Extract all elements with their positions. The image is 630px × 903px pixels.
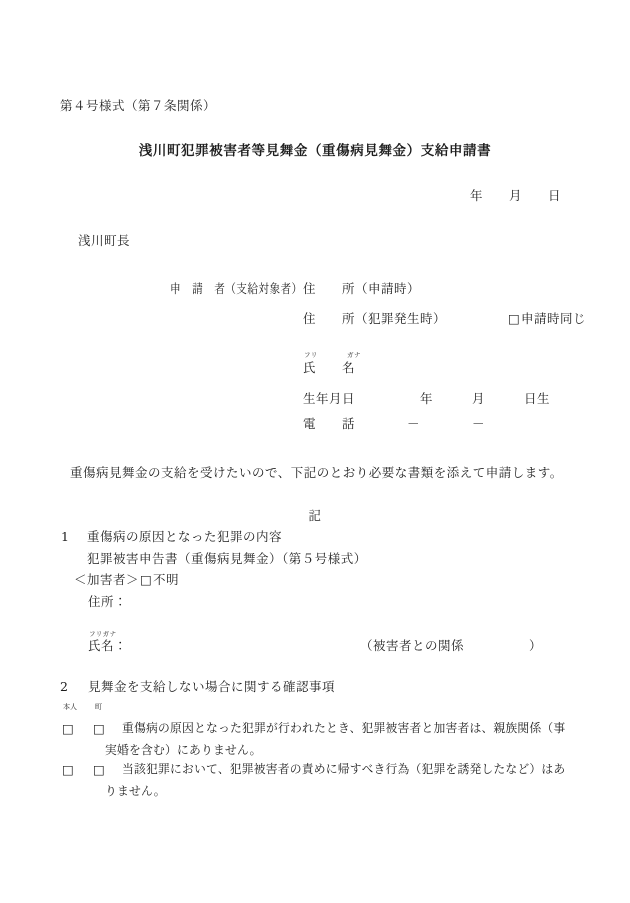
applicant-address-crime: 住 所（犯罪発生時） xyxy=(303,312,446,326)
applicant-furigana-right: ガナ xyxy=(347,352,361,359)
section2-column2-label: 町 xyxy=(95,703,102,711)
date-line: 年 月 日 xyxy=(470,189,561,203)
section2-number: 2 xyxy=(60,680,68,694)
applicant-furigana-left: フリ xyxy=(304,352,318,359)
applicant-label-text: 申 請 者（支給対象者） xyxy=(170,282,303,296)
list-marker: 記 xyxy=(0,506,630,524)
assailant-unknown-label: 不明 xyxy=(153,573,179,587)
applicant-address-current: 住 所（申請時） xyxy=(303,282,420,296)
section1-document-line: 犯罪被害申告書（重傷病見舞金）（第５号様式） xyxy=(87,552,367,566)
form-number: 第４号様式（第７条関係） xyxy=(60,99,216,113)
item1-text-line2: 実婚を含む）にありません。 xyxy=(105,744,262,758)
section2-heading: 見舞金を支給しない場合に関する確認事項 xyxy=(88,680,335,694)
item1-checkbox-town[interactable]: □ xyxy=(93,722,105,736)
assailant-name-label: 氏名： xyxy=(88,639,127,653)
application-form-page: 第４号様式（第７条関係） 浅川町犯罪被害者等見舞金（重傷病見舞金）支給申請書 年… xyxy=(0,0,630,903)
section1-number: 1 xyxy=(61,530,69,544)
form-title: 浅川町犯罪被害者等見舞金（重傷病見舞金）支給申請書 xyxy=(0,139,630,159)
item2-text-line2: りません。 xyxy=(105,785,166,799)
request-sentence: 重傷病見舞金の支給を受けたいので、下記のとおり必要な書類を添えて申請します。 xyxy=(70,466,563,480)
section2-column1-label: 本人 xyxy=(63,703,77,711)
item2-checkbox-self[interactable]: □ xyxy=(62,763,74,777)
same-address-label: 申請時同じ xyxy=(521,312,586,326)
assailant-relation-label: （被害者との関係 ） xyxy=(360,639,542,653)
item2-text-line1: 当該犯罪において、犯罪被害者の責めに帰すべき行為（犯罪を誘発したなど）はあ xyxy=(122,763,565,777)
item2-checkbox-town[interactable]: □ xyxy=(93,763,105,777)
applicant-birth-line: 生年月日 年 月 日生 xyxy=(303,392,550,406)
section1-heading: 重傷病の原因となった犯罪の内容 xyxy=(87,530,282,544)
applicant-phone-line: 電 話 － － xyxy=(303,417,485,431)
assailant-unknown-checkbox[interactable]: □ xyxy=(140,573,152,587)
item1-text-line1: 重傷病の原因となった犯罪が行われたとき、犯罪被害者と加害者は、親族関係（事 xyxy=(122,722,565,736)
item1-checkbox-self[interactable]: □ xyxy=(62,722,74,736)
applicant-name-label: 氏 名 xyxy=(303,361,355,375)
addressee: 浅川町長 xyxy=(78,234,130,248)
same-address-checkbox[interactable]: □ xyxy=(508,312,520,326)
assailant-label: ＜加害者＞ xyxy=(74,573,139,587)
assailant-address-label: 住所： xyxy=(88,595,127,609)
